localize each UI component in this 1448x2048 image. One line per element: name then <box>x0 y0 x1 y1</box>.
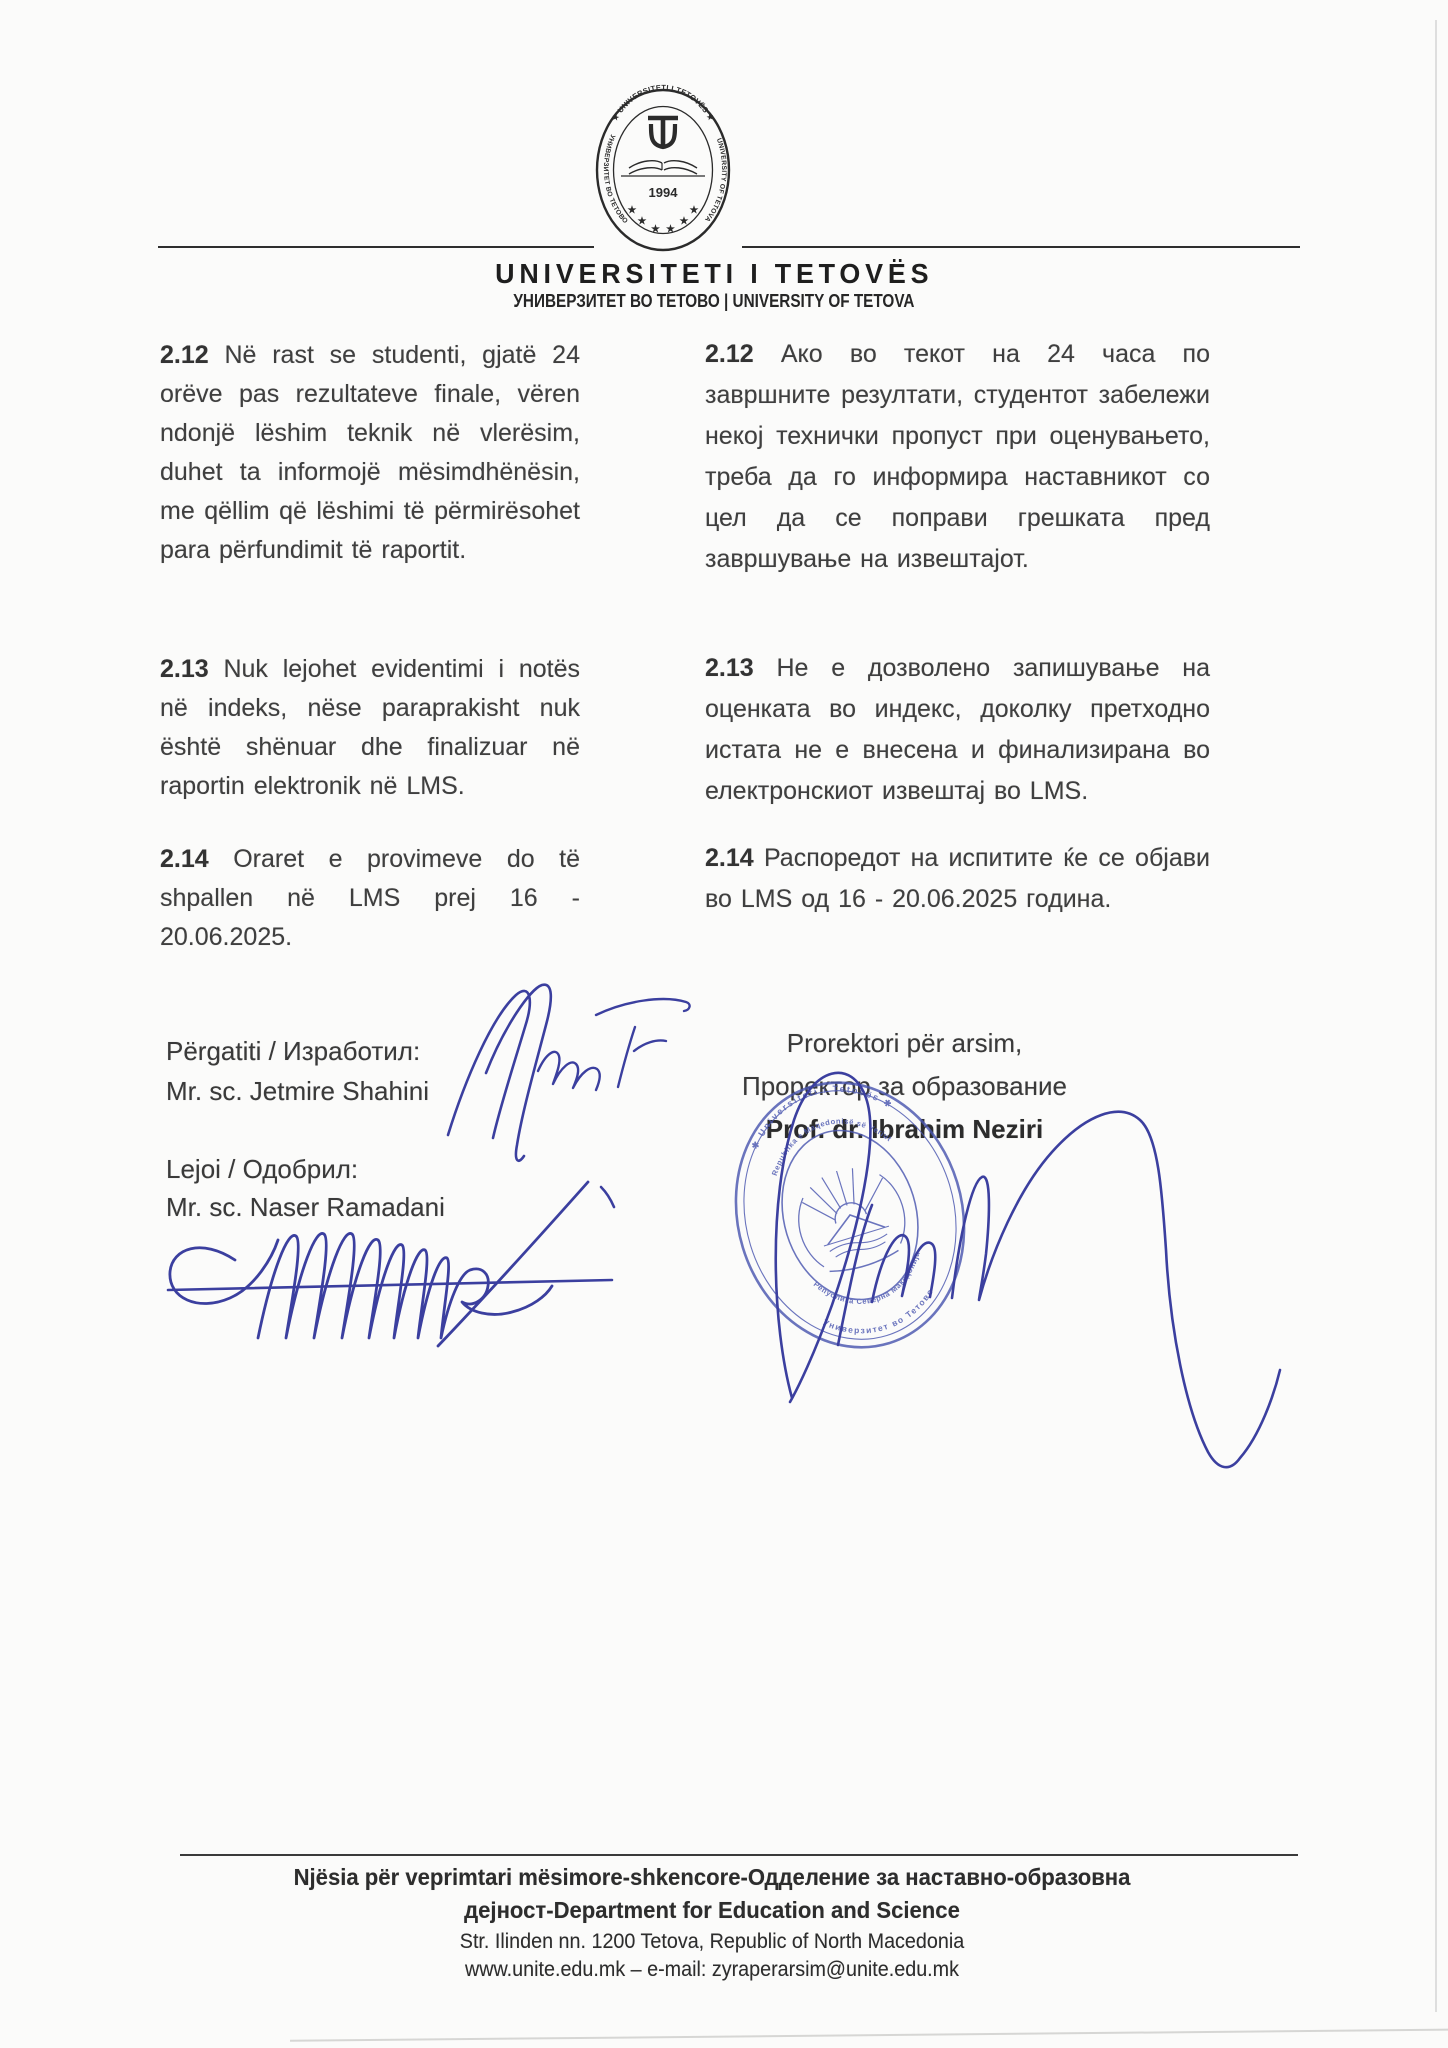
paragraph-2-13-albanian: 2.13 Nuk lejohet evidentimi i notës në i… <box>160 650 580 806</box>
paragraph-text: Распоредот на испитите ќе се објави во L… <box>705 844 1210 913</box>
stamp-coat-of-arms-icon <box>786 1156 916 1282</box>
footer-address: Str. Ilinden nn. 1200 Tetova, Republic o… <box>101 1930 1323 1954</box>
vice-rector-title-albanian: Prorektori për arsim, <box>642 1028 1167 1059</box>
paragraph-2-14-albanian: 2.14 Oraret e provimeve do të shpallen n… <box>160 840 580 957</box>
header-divider-left <box>158 246 594 248</box>
page-edge-shadow-bottom <box>290 2028 1448 2042</box>
header-divider-right <box>742 246 1300 248</box>
prepared-by-name: Mr. sc. Jetmire Shahini <box>166 1076 429 1107</box>
seal-ut-monogram-icon <box>648 118 678 148</box>
seal-ring-text-right: UNIVERSITY OF TETOVA <box>703 137 727 222</box>
paragraph-2-12-albanian: 2.12 Në rast se studenti, gjatë 24 orëve… <box>160 336 580 570</box>
university-seal-logo: ★ UNIVERSITETI I TETOVËS ★ УНИВЕРЗИТЕТ В… <box>583 78 743 262</box>
paragraph-text: Не е дозволено запишување на оценката во… <box>705 654 1210 805</box>
university-subtitle: УНИВЕРЗИТЕТ ВО ТЕТОВО | UNIVERSITY OF TE… <box>513 291 914 312</box>
paragraph-number: 2.14 <box>160 845 209 873</box>
footer-contact: www.unite.edu.mk – e-mail: zyraperarsim@… <box>101 1958 1323 1982</box>
paragraph-number: 2.12 <box>160 341 209 369</box>
approved-by-name: Mr. sc. Naser Ramadani <box>166 1192 445 1223</box>
seal-star-icon: ★ <box>651 224 660 235</box>
university-round-stamp: ✱ Universiteti i Tetovës ✱ Универзитет в… <box>705 1062 995 1368</box>
paragraph-number: 2.12 <box>705 340 754 368</box>
footer-divider <box>180 1854 1298 1856</box>
scanned-document-page: { "header": { "seal": { "ring_top": "★ U… <box>0 0 1448 2048</box>
page-edge-shadow-right <box>1435 20 1437 2012</box>
paragraph-number: 2.13 <box>705 654 754 682</box>
ink-tick-mark <box>597 1183 621 1211</box>
paragraph-2-13-macedonian: 2.13 Не е дозволено запишување на оценка… <box>705 648 1210 812</box>
paragraph-text: Në rast se studenti, gjatë 24 orëve pas … <box>160 341 580 564</box>
footer-department-line2: дејност-Department for Education and Sci… <box>101 1897 1323 1924</box>
seal-star-icon: ★ <box>638 216 647 227</box>
seal-star-icon: ★ <box>680 216 689 227</box>
seal-star-icon: ★ <box>628 205 637 216</box>
footer: Njësia për veprimtari mësimore-shkencore… <box>62 1864 1362 1986</box>
paragraph-number: 2.13 <box>160 655 209 683</box>
paragraph-text: Ако во текот на 24 часа по завршните рез… <box>705 340 1210 573</box>
university-title: UNIVERSITETI I TETOVËS <box>495 258 933 290</box>
paragraph-2-14-macedonian: 2.14 Распоредот на испитите ќе се објави… <box>705 838 1210 920</box>
approved-by-label: Lejoi / Одобрил: <box>166 1154 358 1185</box>
seal-stars: ★ ★ ★ ★ ★ ★ <box>628 205 699 235</box>
seal-star-icon: ★ <box>690 205 699 216</box>
footer-department-line1: Njësia për veprimtari mësimore-shkencore… <box>101 1864 1323 1891</box>
paragraph-2-12-macedonian: 2.12 Ако во текот на 24 часа по завршнит… <box>705 334 1210 580</box>
seal-open-book-icon <box>621 161 705 176</box>
paragraph-text: Nuk lejohet evidentimi i notës në indeks… <box>160 655 580 800</box>
paragraph-number: 2.14 <box>705 844 754 872</box>
seal-year-label: 1994 <box>649 185 679 200</box>
seal-star-icon: ★ <box>666 224 675 235</box>
prepared-by-label: Përgatiti / Изработил: <box>166 1036 420 1067</box>
paragraph-text: Oraret e provimeve do të shpallen në LMS… <box>160 845 580 951</box>
